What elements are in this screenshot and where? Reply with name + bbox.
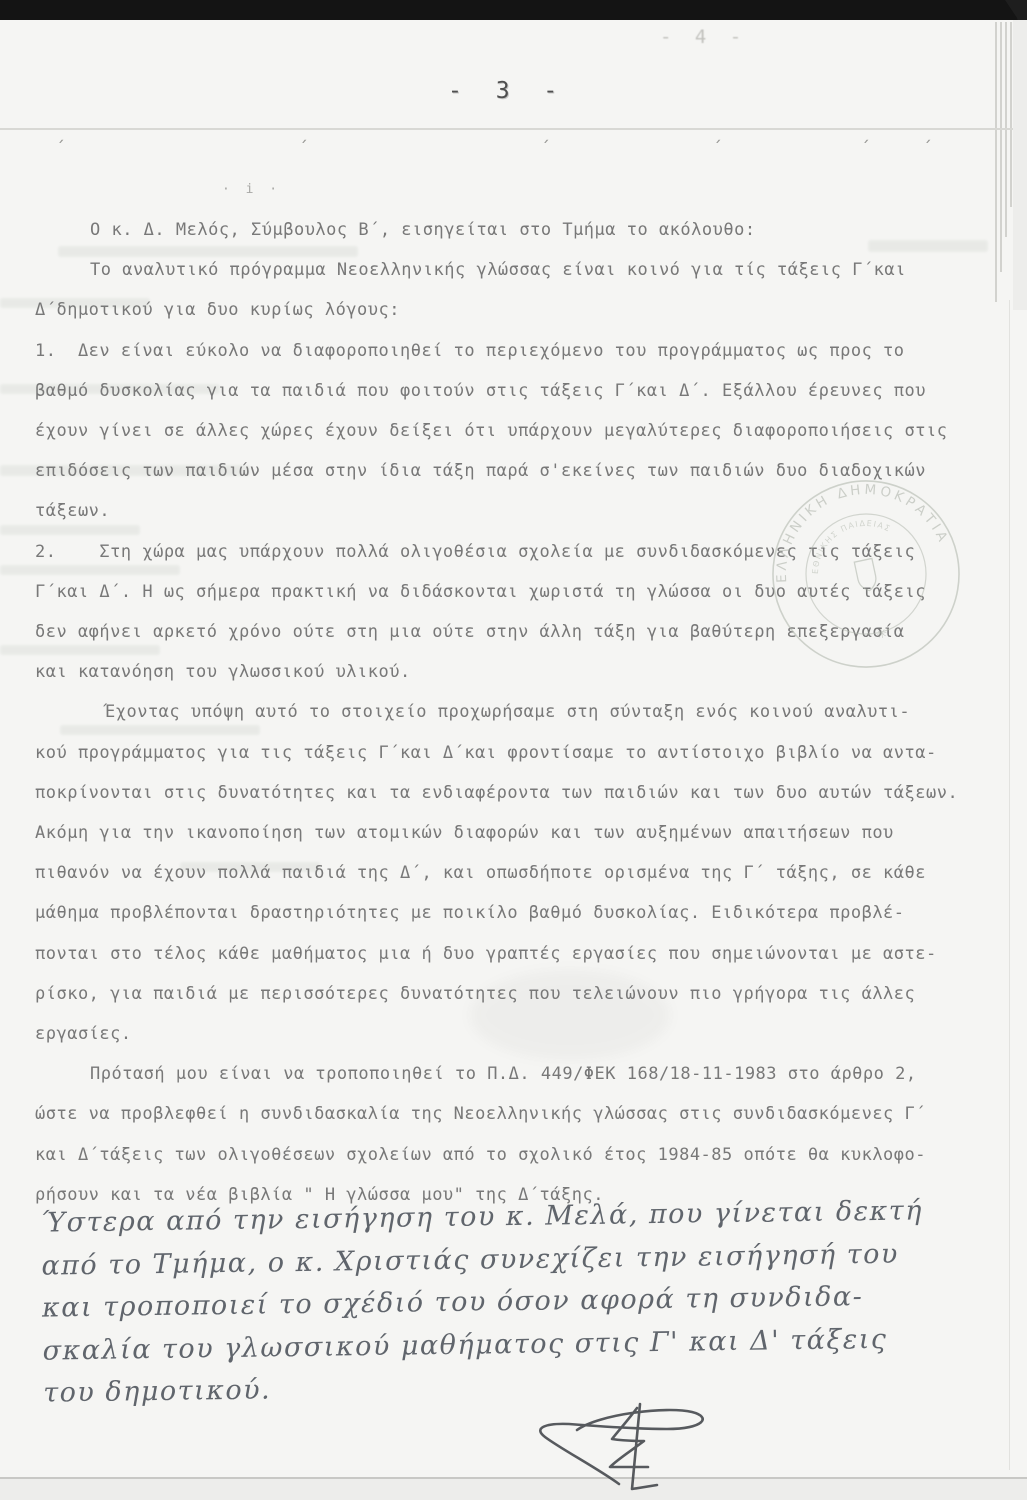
page-stack-edge bbox=[995, 22, 997, 302]
typed-line: εργασίες. bbox=[35, 1014, 995, 1054]
ghost-page-number: - 4 - bbox=[660, 26, 747, 48]
typed-line: ποκρίνονται στις δυνατότητες και τα ενδι… bbox=[35, 773, 995, 813]
page-number: - 3 - bbox=[448, 78, 567, 104]
typed-line: πιθανόν να έχουν πολλά παιδιά της Δ΄, κα… bbox=[35, 853, 995, 893]
stray-accent-mark: ´ bbox=[540, 138, 551, 159]
typed-line: πονται στο τέλος κάθε μαθήματος μια ή δυ… bbox=[35, 934, 995, 974]
typed-line: Το αναλυτικό πρόγραμμα Νεοελληνικής γλώσ… bbox=[35, 250, 995, 290]
handwritten-note: Ύστερα από την εισήγηση του κ. Μελά, που… bbox=[41, 1189, 994, 1415]
stray-accent-mark: ´ bbox=[860, 138, 871, 159]
stray-accent-mark: ´ bbox=[55, 138, 66, 159]
page-stack-edge bbox=[1000, 22, 1002, 272]
scanner-black-band bbox=[0, 0, 1027, 20]
typed-line: μάθημα προβλέπονται δραστηριότητες με πο… bbox=[35, 893, 995, 933]
stamp-asterisk: ✳ bbox=[875, 626, 889, 643]
page-stack-edge bbox=[1010, 22, 1012, 207]
typed-line: Ακόμη για την ικανοποίηση των ατομικών δ… bbox=[35, 813, 995, 853]
underlying-page-top-edge bbox=[0, 128, 1013, 130]
page-right-edge bbox=[1009, 300, 1010, 1470]
stray-accent-mark: ´ bbox=[298, 138, 309, 159]
typed-line: Πρότασή μου είναι να τροποποιηθεί το Π.Δ… bbox=[35, 1054, 995, 1094]
official-round-stamp: ΕΛΛΗΝΙΚΗ ΔΗΜΟΚΡΑΤΙΑ ΕΘΝΙΚΗΣ ΠΑΙΔΕΙΑΣ ✳ bbox=[747, 455, 984, 692]
faint-scan-marks: · i · bbox=[222, 182, 281, 197]
page-stack-side bbox=[1013, 20, 1027, 310]
typed-line: Ο κ. Δ. Μελός, Σύμβουλος Β΄, εισηγείται … bbox=[35, 210, 995, 250]
typed-line: Έχοντας υπόψη αυτό το στοιχείο προχωρήσα… bbox=[35, 692, 995, 732]
stray-accent-mark: ´ bbox=[922, 138, 933, 159]
typed-line: ρίσκο, για παιδιά με περισσότερες δυνατό… bbox=[35, 974, 995, 1014]
below-page-strip bbox=[0, 1479, 1027, 1500]
typed-text-block: Ο κ. Δ. Μελός, Σύμβουλος Β΄, εισηγείται … bbox=[35, 210, 995, 1215]
typed-line: ώστε να προβλεφθεί η συνδιδασκαλία της Ν… bbox=[35, 1094, 995, 1134]
signature-scribble bbox=[515, 1396, 725, 1500]
stamp-emblem bbox=[854, 558, 878, 592]
typed-line: 1. Δεν είναι εύκολο να διαφοροποιηθεί το… bbox=[35, 331, 995, 371]
stray-accent-mark: ´ bbox=[712, 138, 723, 159]
svg-text:ΕΘΝΙΚΗΣ ΠΑΙΔΕΙΑΣ: ΕΘΝΙΚΗΣ ΠΑΙΔΕΙΑΣ bbox=[802, 513, 899, 576]
typed-line: Δ΄δημοτικού για δυο κυρίως λόγους: bbox=[35, 290, 995, 330]
typed-line: και Δ΄τάξεις των ολιγοθέσεων σχολείων απ… bbox=[35, 1135, 995, 1175]
stamp-inner-text: ΕΘΝΙΚΗΣ ΠΑΙΔΕΙΑΣ bbox=[802, 513, 899, 576]
typed-line: έχουν γίνει σε άλλες χώρες έχουν δείξει … bbox=[35, 411, 995, 451]
typed-line: κού προγράμματος για τις τάξεις Γ΄και Δ΄… bbox=[35, 733, 995, 773]
typed-line: βαθμό δυσκολίας για τα παιδιά που φοιτού… bbox=[35, 371, 995, 411]
